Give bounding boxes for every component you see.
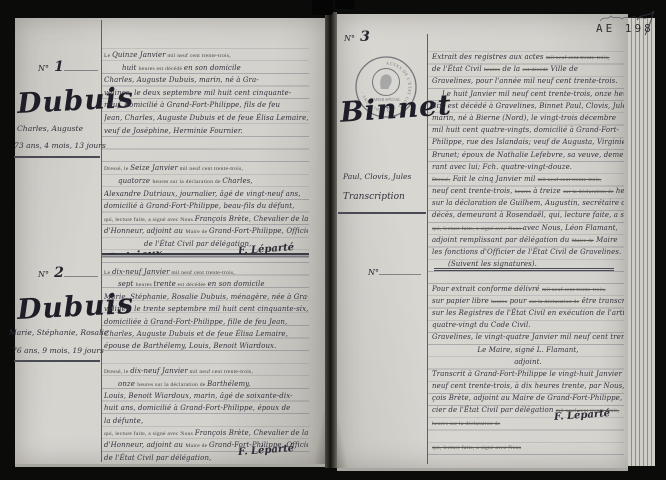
text-line: domiciliée à Grand-Fort-Philippe, fille … (104, 309, 308, 321)
text-line: huit ans, domicilié à Grand-Fort-Philipp… (104, 395, 308, 407)
text-line: rant avec lui; Fch. quatre-vingt-douze. (432, 154, 624, 166)
text-line: neuf cent trente-trois, heures à treize … (432, 178, 624, 190)
text-line: huit heures est décédé en son domicile (104, 55, 308, 68)
text-line: de l'État Civil par délégation, F. Lépar… (104, 445, 308, 457)
margin-divider-1 (14, 156, 100, 158)
text-line: Gravelines, le vingt-quatre Janvier mil … (432, 324, 624, 336)
margin-divider-2 (14, 360, 100, 362)
text-line: Dressé, le Seize Janvier mil neuf cent t… (104, 155, 308, 168)
text-line (104, 346, 308, 358)
text-line (432, 422, 624, 434)
text-line: Brunet; époux de Nathalie Lefebvre, sa v… (432, 142, 624, 154)
record-number-3: N° 3 (344, 26, 370, 45)
text-line: neuf, domicilié à Grand-Fort-Philippe, f… (104, 92, 308, 105)
text-line: çois Brète, adjoint au Maire de Grand-Fo… (432, 385, 624, 397)
scanned-register-spread: AE 198 N° 1 Dubuis Charles, Auguste 73 a… (0, 0, 666, 480)
text-line: Marie, Stéphanie, Rosalie Dubuis, ménagè… (104, 284, 308, 296)
text-line: neuf cent trente-trois, à dix heures tre… (432, 373, 624, 385)
text-line: qui, lecture faite, a signé avec Nous Fr… (104, 206, 308, 219)
text-line: sur la déclaration de Guilhem, Augustin,… (432, 190, 624, 202)
text-line: Le Maire, signé L. Flamant, (432, 337, 624, 349)
number-sign: N° (368, 268, 379, 277)
age-note-2: 76 ans, 9 mois, 19 jours (12, 346, 104, 355)
text-line: qui, lecture faite, a signé avec Nous av… (432, 215, 624, 227)
number-digit: 3 (360, 29, 370, 45)
text-line: Jean, Charles, Auguste Dubuis et de feue… (104, 105, 308, 118)
page-stack-edge (628, 18, 655, 466)
text-line: adjoint remplissant par délégation du Ma… (432, 227, 624, 239)
text-line: heures sur la déclaration deF. Léparté (432, 410, 624, 422)
entry-body-2: Le dix-neuf Janvier mil neuf cent trente… (104, 259, 308, 463)
number-digit: 1 (54, 59, 64, 75)
binder-clamp-icon (312, 0, 333, 15)
number-digit: 2 (54, 265, 64, 281)
entry-body-1: Le Quinze Janvier mil neuf cent trente-t… (104, 42, 308, 254)
signature: F. Léparté (238, 443, 295, 458)
text-line: Alexandre Dutriaux, journalier, âgé de v… (104, 181, 308, 194)
record-number-1: N° 1 (38, 56, 98, 75)
text-line: Charles, Auguste Dubuis, marin, né à Gra… (104, 67, 308, 80)
text-line: Maire de (432, 458, 624, 464)
text-line: dix, est décédé à Gravelines, Binnet Pau… (432, 93, 624, 105)
text-line: Charles, Auguste Dubuis et de feue Élisa… (104, 321, 308, 333)
signature: Wiardoux (108, 460, 168, 463)
text-line: onze heures sur la déclaration de Barthé… (104, 371, 308, 383)
text-line: sur les Registres de l'État Civil en exé… (432, 300, 624, 312)
binder-clamp-icon-2 (335, 0, 355, 9)
number-sign: N° (344, 34, 355, 43)
text-line: de l'État Civil heures de la est décédé … (432, 56, 624, 68)
text-line: Le dix-neuf Janvier mil neuf cent trente… (104, 259, 308, 271)
handwritten-corner-mark (634, 8, 660, 38)
signature: Dutriaux (107, 246, 162, 254)
signature: F. Léparté (238, 242, 295, 254)
text-line: quatre-vingt du Code Civil. (432, 312, 624, 324)
text-line: la défunte, (104, 408, 308, 420)
text-line: DutriauxF. Léparté (104, 244, 308, 255)
text-line: les fonctions d'Officier de l'État Civil… (432, 239, 624, 251)
given-names-2: Marie, Stéphanie, Rosalie (9, 328, 108, 337)
text-line: d'Honneur, adjoint au Maire de Grand-For… (104, 432, 308, 444)
number-sign: N° (38, 64, 49, 73)
given-names-1: Charles, Auguste (17, 124, 83, 133)
text-line: (Suivent les signatures). (432, 251, 624, 263)
text-line: velines, le trente septembre mil huit ce… (104, 296, 308, 308)
text-line: Dressé, Fait le cinq Janvier mil mil neu… (432, 166, 624, 178)
text-line: décès, demeurant à Rosendaël, qui, lectu… (432, 202, 624, 214)
text-line: Le Quinze Janvier mil neuf cent trente-t… (104, 42, 308, 55)
text-line: velines, le deux septembre mil huit cent… (104, 80, 308, 93)
book-gutter-shadow (325, 12, 337, 468)
text-line: de l'État Civil par délégation, (104, 231, 308, 244)
act-type-label: Transcription (343, 192, 405, 202)
text-line: d'Honneur, adjoint au Maire de Grand-For… (104, 218, 308, 231)
section-rule (432, 263, 624, 275)
text-line: domicilié à Grand-Fort-Philippe, beau-fi… (104, 193, 308, 206)
text-line: cier de l'État Civil par délégation mil … (432, 397, 624, 409)
age-note-1: 73 ans, 4 mois, 13 jours (14, 141, 106, 150)
entry-body-3: Extrait des registres aux actes mil neuf… (432, 44, 624, 464)
text-line: Le huit Janvier mil neuf cent trente-tro… (432, 81, 624, 93)
text-line: marin, né à Bierne (Nord), le vingt-troi… (432, 105, 624, 117)
text-line (104, 143, 308, 156)
text-line: quatorze heures sur la déclaration de Ch… (104, 168, 308, 181)
text-line: qui, lecture faite, a signé avec Nous (432, 434, 624, 446)
text-line (104, 130, 308, 143)
text-line: Pour extrait conforme délivré mil neuf c… (432, 276, 624, 288)
text-line: Gravelines, pour l'année mil neuf cent t… (432, 68, 624, 80)
number-sign: N° (38, 270, 49, 279)
margin-divider-3 (338, 212, 426, 214)
text-line: veuf de Joséphine, Herminie Fournier. (104, 118, 308, 131)
text-line: Wiardoux (104, 457, 308, 463)
given-names-3: Paul, Clovis, Jules (343, 172, 411, 181)
stamp-head-profile (380, 74, 392, 89)
text-line: Dressé, le dix-neuf Janvier mil neuf cen… (104, 358, 308, 370)
text-line: adjoint. (432, 349, 624, 361)
text-line: Transcrit à Grand-Fort-Philippe le vingt… (432, 361, 624, 373)
text-line: sept heures trente est décédée en son do… (104, 271, 308, 283)
blank-record-number: N° (368, 260, 421, 279)
text-line (432, 446, 624, 458)
text-line: qui, lecture faite, a signé avec Nous Fr… (104, 420, 308, 432)
text-line: Extrait des registres aux actes mil neuf… (432, 44, 624, 56)
text-line: mil huit cent quatre-vingts, domicilié à… (432, 117, 624, 129)
record-number-2: N° 2 (38, 262, 98, 281)
text-line: sur papier libre heures pour sur la décl… (432, 288, 624, 300)
signature: F. Léparté (554, 408, 611, 423)
text-line: Philippe, rue des Islandais; veuf de Aug… (432, 129, 624, 141)
text-line: épouse de Barthélemy, Louis, Benoit Wiar… (104, 333, 308, 345)
text-line: Louis, Benoit Wiardoux, marin, âgé de so… (104, 383, 308, 395)
